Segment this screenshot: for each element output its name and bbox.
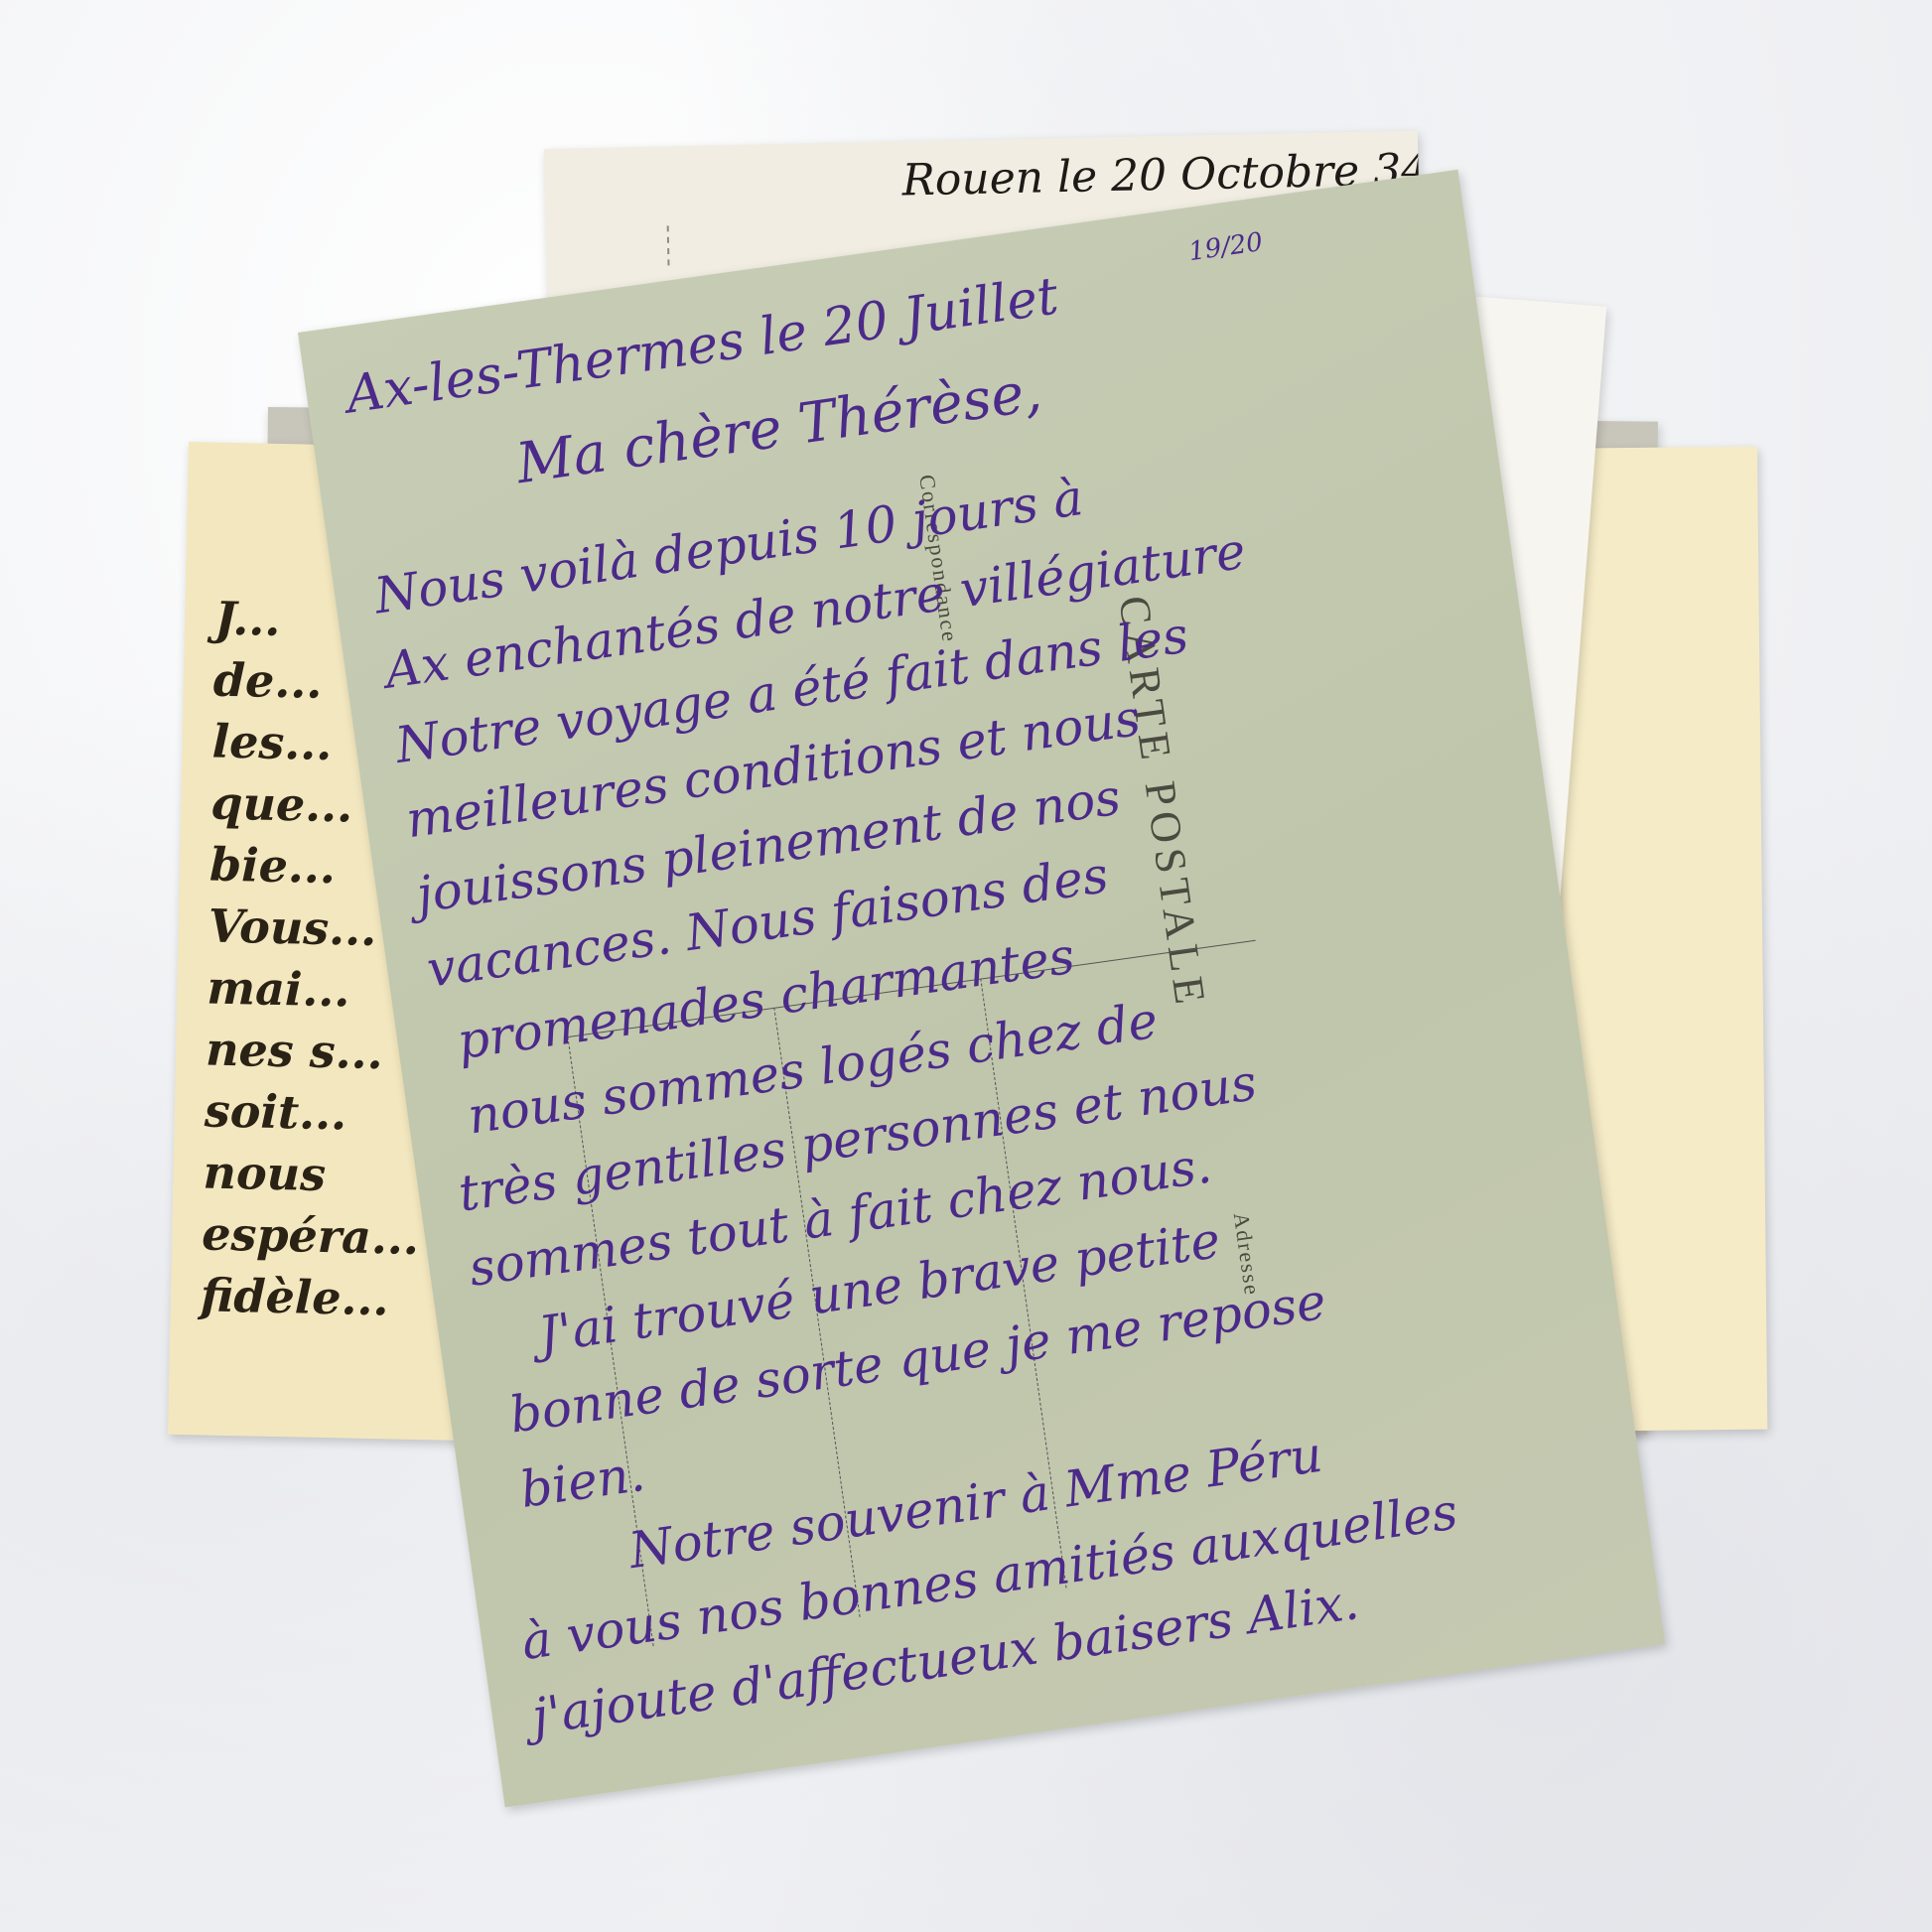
handwritten-line: les...: [211, 715, 333, 771]
handwritten-line: de...: [212, 653, 323, 709]
handwritten-line: fidèle...: [200, 1268, 389, 1325]
handwritten-line: J...: [214, 592, 281, 646]
handwritten-line: nous: [203, 1145, 327, 1201]
handwritten-line: que...: [210, 776, 353, 833]
postcard-ax-les-thermes: Correspondance CARTE POSTALE Adresse Ax-…: [298, 170, 1665, 1808]
stamp-box-border: [667, 225, 670, 265]
handwritten-line: soit...: [204, 1083, 346, 1140]
handwritten-line: bien.: [516, 1445, 648, 1519]
handwritten-line: mai...: [207, 961, 350, 1018]
handwritten-line: nes s...: [206, 1023, 384, 1080]
handwritten-line: bie...: [209, 838, 337, 895]
main-year: 19/20: [1186, 227, 1264, 267]
handwritten-line: Vous...: [207, 899, 377, 957]
handwritten-line: espéra...: [202, 1206, 420, 1265]
